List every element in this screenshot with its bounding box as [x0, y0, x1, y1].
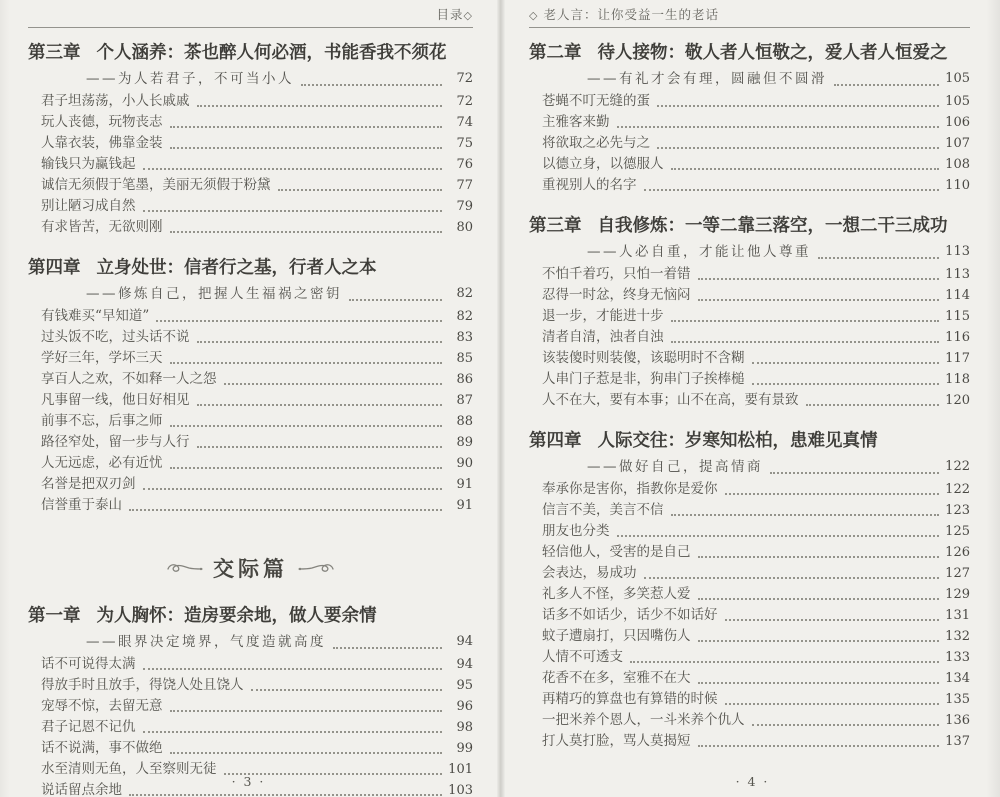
toc-entry: 凡事留一线，他日好相见87: [28, 390, 473, 411]
page-number-ref: 91: [447, 474, 473, 495]
dot-leader: [617, 535, 940, 537]
dot-leader: [333, 647, 442, 649]
toc-entry: 重视别人的名字110: [529, 175, 970, 196]
part-title: 交际篇: [213, 553, 288, 583]
toc-entry-text: 人无远虑，必有近忧: [41, 453, 163, 474]
toc-entry: 打人莫打脸，骂人莫揭短137: [529, 731, 970, 752]
part-divider: 交际篇: [28, 550, 473, 586]
page-number-ref: 136: [944, 710, 970, 731]
dot-leader: [129, 509, 442, 511]
toc-entry-text: 奉承你是害你，指教你是爱你: [542, 479, 718, 500]
dot-leader: [752, 362, 940, 364]
page-left: 目录◇ 第三章个人涵养：茶也醉人何必酒，书能香我不须花——为人若君子，不可当小人…: [0, 0, 497, 797]
toc-entry: 输钱只为赢钱起76: [28, 154, 473, 175]
chapter-heading: 第三章个人涵养：茶也醉人何必酒，书能香我不须花: [28, 40, 473, 67]
toc-entry: 过头饭不吃，过头话不说83: [28, 327, 473, 348]
dot-leader: [752, 724, 940, 726]
book-spread: 目录◇ 第三章个人涵养：茶也醉人何必酒，书能香我不须花——为人若君子，不可当小人…: [0, 0, 1000, 797]
dot-leader: [197, 404, 443, 406]
dot-leader: [698, 299, 940, 301]
page-number-ref: 120: [944, 390, 970, 411]
chapter-title-text: 自我修炼：一等二靠三落空，一想二干三成功: [598, 216, 948, 236]
toc-entry-text: 路径窄处，留一步与人行: [41, 432, 190, 453]
toc-entry-text: 一把米养个恩人，一斗米养个仇人: [542, 710, 745, 731]
toc-entry-text: 凡事留一线，他日好相见: [41, 390, 190, 411]
chapter-heading: 第三章自我修炼：一等二靠三落空，一想二干三成功: [529, 213, 970, 240]
toc-entry: 信誉重于泰山91: [28, 495, 473, 516]
dot-leader: [698, 598, 940, 600]
chapter-label: 第四章: [28, 258, 81, 278]
chapter-heading: 第四章人际交往：岁寒知松柏，患难见真情: [529, 428, 970, 455]
chapter-label: 第二章: [529, 43, 582, 63]
dot-leader: [698, 278, 940, 280]
page-number-ref: 99: [447, 738, 473, 759]
toc-entry: 信言不美，美言不信123: [529, 500, 970, 521]
dot-leader: [671, 168, 940, 170]
chapter-subtitle-row: ——有礼才会有理，圆融但不圆滑105: [529, 67, 970, 91]
dot-leader: [617, 126, 940, 128]
toc-entry-text: 有钱难买“早知道”: [41, 306, 149, 327]
page-number-ref: 126: [944, 542, 970, 563]
page-number-ref: 129: [944, 584, 970, 605]
dot-leader: [170, 362, 443, 364]
toc-entry-text: 君子记恩不记仇: [41, 717, 136, 738]
page-number-ref: 114: [944, 285, 970, 306]
toc-entry: 不怕千着巧，只怕一着错113: [529, 264, 970, 285]
page-number-ref: 137: [944, 731, 970, 752]
toc-entry-text: 有求皆苦，无欲则刚: [41, 217, 163, 238]
dot-leader: [143, 168, 443, 170]
page-number-ref: 133: [944, 647, 970, 668]
page-number-ref: 94: [447, 630, 473, 654]
dot-leader: [170, 425, 443, 427]
page-number-ref: 98: [447, 717, 473, 738]
left-page-header: 目录◇: [28, 6, 473, 24]
dot-leader: [698, 745, 940, 747]
toc-entry-text: 重视别人的名字: [542, 175, 637, 196]
toc-entry-text: 宠辱不惊，去留无意: [41, 696, 163, 717]
right-page-number: · 4 ·: [505, 774, 1000, 789]
toc-entry-text: 花香不在多，室雅不在大: [542, 668, 691, 689]
toc-entry-text: 输钱只为赢钱起: [41, 154, 136, 175]
dot-leader: [671, 341, 940, 343]
toc-entry-text: 君子坦荡荡，小人长戚戚: [41, 91, 190, 112]
dot-leader: [725, 703, 940, 705]
toc-entry-text: 诚信无须假于笔墨，美丽无须假于粉黛: [41, 175, 271, 196]
chapter-subtitle: ——为人若君子，不可当小人: [86, 67, 294, 91]
toc-entry: 再精巧的算盘也有算错的时候135: [529, 689, 970, 710]
right-header-rule: [529, 27, 970, 28]
toc-entry: 蚊子遭扇打，只因嘴伤人132: [529, 626, 970, 647]
toc-entry: 将欲取之必先与之107: [529, 133, 970, 154]
chapter-subtitle-row: ——人必自重，才能让他人尊重113: [529, 240, 970, 264]
toc-entry: 别让陋习成自然79: [28, 196, 473, 217]
toc-entry: 一把米养个恩人，一斗米养个仇人136: [529, 710, 970, 731]
page-number-ref: 72: [447, 91, 473, 112]
toc-entry-text: 得放手时且放手，得饶人处且饶人: [41, 675, 244, 696]
diamond-icon: ◇: [529, 9, 538, 22]
chapter-subtitle-row: ——做好自己，提高情商122: [529, 455, 970, 479]
toc-entry-text: 朋友也分类: [542, 521, 610, 542]
dot-leader: [644, 189, 940, 191]
toc-entry: 学好三年，学坏三天85: [28, 348, 473, 369]
chapter-title-text: 为人胸怀：造房要余地，做人要余情: [97, 606, 377, 626]
chapter-subtitle: ——人必自重，才能让他人尊重: [587, 240, 811, 264]
page-number-ref: 118: [944, 369, 970, 390]
toc-entry: 人情不可透支133: [529, 647, 970, 668]
page-number-ref: 72: [447, 67, 473, 91]
page-number-ref: 107: [944, 133, 970, 154]
page-number-ref: 135: [944, 689, 970, 710]
toc-entry: 宠辱不惊，去留无意96: [28, 696, 473, 717]
chapter-heading: 第二章待人接物：敬人者人恒敬之，爱人者人恒爱之: [529, 40, 970, 67]
toc-entry: 朋友也分类125: [529, 521, 970, 542]
toc-entry: 君子记恩不记仇98: [28, 717, 473, 738]
page-number-ref: 122: [944, 479, 970, 500]
chapter-label: 第四章: [529, 431, 582, 451]
page-number-ref: 87: [447, 390, 473, 411]
page-number-ref: 95: [447, 675, 473, 696]
page-number-ref: 80: [447, 217, 473, 238]
page-number-ref: 125: [944, 521, 970, 542]
toc-entry: 人不在大，要有本事；山不在高，要有景致120: [529, 390, 970, 411]
dot-leader: [657, 105, 939, 107]
toc-entry-text: 不怕千着巧，只怕一着错: [542, 264, 691, 285]
toc-entry: 该装傻时则装傻，该聪明时不含糊117: [529, 348, 970, 369]
toc-entry-text: 将欲取之必先与之: [542, 133, 650, 154]
dot-leader: [671, 320, 940, 322]
toc-entry: 退一步，才能进十步115: [529, 306, 970, 327]
chapter-section: 第三章自我修炼：一等二靠三落空，一想二干三成功——人必自重，才能让他人尊重113…: [529, 213, 970, 411]
chapter-heading: 第四章立身处世：信者行之基，行者人之本: [28, 255, 473, 282]
toc-entry: 清者自清，浊者自浊116: [529, 327, 970, 348]
dot-leader: [143, 731, 443, 733]
toc-entry-text: 人串门子惹是非，狗串门子挨棒槌: [542, 369, 745, 390]
toc-entry: 玩人丧德，玩物丧志74: [28, 112, 473, 133]
dot-leader: [644, 577, 940, 579]
toc-entry: 人靠衣装，佛靠金装75: [28, 133, 473, 154]
page-number-ref: 113: [944, 264, 970, 285]
page-number-ref: 76: [447, 154, 473, 175]
chapter-label: 第一章: [28, 606, 81, 626]
toc-entry-text: 学好三年，学坏三天: [41, 348, 163, 369]
dot-leader: [170, 147, 443, 149]
chapter-section: 第四章人际交往：岁寒知松柏，患难见真情——做好自己，提高情商122奉承你是害你，…: [529, 428, 970, 752]
chapter-label: 第三章: [28, 43, 81, 63]
page-number-ref: 86: [447, 369, 473, 390]
page-number-ref: 85: [447, 348, 473, 369]
dot-leader: [278, 189, 443, 191]
toc-entry-text: 别让陋习成自然: [41, 196, 136, 217]
page-number-ref: 105: [944, 91, 970, 112]
dot-leader: [806, 404, 940, 406]
page-number-ref: 82: [447, 282, 473, 306]
page-gutter: [497, 0, 505, 797]
toc-entry: 人串门子惹是非，狗串门子挨棒槌118: [529, 369, 970, 390]
chapter-subtitle: ——做好自己，提高情商: [587, 455, 763, 479]
page-number-ref: 77: [447, 175, 473, 196]
toc-entry-text: 清者自清，浊者自浊: [542, 327, 664, 348]
dot-leader: [698, 682, 940, 684]
toc-entry: 有钱难买“早知道”82: [28, 306, 473, 327]
toc-entry-text: 信誉重于泰山: [41, 495, 122, 516]
page-number-ref: 132: [944, 626, 970, 647]
toc-entry: 有求皆苦，无欲则刚80: [28, 217, 473, 238]
dot-leader: [725, 619, 940, 621]
toc-entry-text: 退一步，才能进十步: [542, 306, 664, 327]
toc-entry: 轻信他人，受害的是自己126: [529, 542, 970, 563]
dot-leader: [630, 661, 939, 663]
dot-leader: [301, 84, 442, 86]
page-number-ref: 108: [944, 154, 970, 175]
page-number-ref: 88: [447, 411, 473, 432]
page-number-ref: 134: [944, 668, 970, 689]
toc-entry: 诚信无须假于笔墨，美丽无须假于粉黛77: [28, 175, 473, 196]
right-toc: 第二章待人接物：敬人者人恒敬之，爱人者人恒爱之——有礼才会有理，圆融但不圆滑10…: [529, 40, 970, 752]
chapter-section: 第一章为人胸怀：造房要余地，做人要余情——眼界决定境界，气度造就高度94话不可说…: [28, 603, 473, 797]
toc-entry-text: 蚊子遭扇打，只因嘴伤人: [542, 626, 691, 647]
toc-entry-text: 信言不美，美言不信: [542, 500, 664, 521]
dot-leader: [671, 514, 940, 516]
toc-entry-text: 忍得一时忿，终身无恼闷: [542, 285, 691, 306]
left-page-number: · 3 ·: [0, 774, 497, 789]
dot-leader: [143, 210, 443, 212]
toc-entry: 得放手时且放手，得饶人处且饶人95: [28, 675, 473, 696]
dot-leader: [129, 794, 442, 796]
chapter-subtitle-row: ——为人若君子，不可当小人72: [28, 67, 473, 91]
toc-entry-text: 再精巧的算盘也有算错的时候: [542, 689, 718, 710]
toc-entry: 礼多人不怪，多笑惹人爱129: [529, 584, 970, 605]
toc-entry-text: 主雅客来勤: [542, 112, 610, 133]
chapter-title-text: 人际交往：岁寒知松柏，患难见真情: [598, 431, 878, 451]
toc-entry-text: 打人莫打脸，骂人莫揭短: [542, 731, 691, 752]
toc-entry-text: 前事不忘，后事之师: [41, 411, 163, 432]
toc-entry-text: 话不说满，事不做绝: [41, 738, 163, 759]
toc-entry: 人无远虑，必有近忧90: [28, 453, 473, 474]
page-number-ref: 117: [944, 348, 970, 369]
page-right: ◇ 老人言：让你受益一生的老话 第二章待人接物：敬人者人恒敬之，爱人者人恒爱之—…: [505, 0, 1000, 797]
dot-leader: [197, 105, 443, 107]
page-number-ref: 96: [447, 696, 473, 717]
page-number-ref: 131: [944, 605, 970, 626]
toc-entry: 主雅客来勤106: [529, 112, 970, 133]
chapter-title-text: 个人涵养：茶也醉人何必酒，书能香我不须花: [97, 43, 447, 63]
chapter-heading: 第一章为人胸怀：造房要余地，做人要余情: [28, 603, 473, 630]
toc-entry: 话多不如话少，话少不如话好131: [529, 605, 970, 626]
toc-entry-text: 人不在大，要有本事；山不在高，要有景致: [542, 390, 799, 411]
dot-leader: [657, 147, 939, 149]
toc-entry-text: 人情不可透支: [542, 647, 623, 668]
page-number-ref: 122: [944, 455, 970, 479]
toc-entry-text: 享百人之欢，不如释一人之怨: [41, 369, 217, 390]
chapter-title-text: 立身处世：信者行之基，行者人之本: [97, 258, 377, 278]
toc-entry: 话不说满，事不做绝99: [28, 738, 473, 759]
page-number-ref: 127: [944, 563, 970, 584]
toc-entry-text: 轻信他人，受害的是自己: [542, 542, 691, 563]
toc-entry: 名誉是把双刃剑91: [28, 474, 473, 495]
page-number-ref: 123: [944, 500, 970, 521]
toc-entry-text: 礼多人不怪，多笑惹人爱: [542, 584, 691, 605]
dot-leader: [251, 689, 443, 691]
dot-leader: [197, 341, 443, 343]
toc-entry-text: 话多不如话少，话少不如话好: [542, 605, 718, 626]
chapter-label: 第三章: [529, 216, 582, 236]
page-number-ref: 113: [944, 240, 970, 264]
dot-leader: [170, 126, 443, 128]
flourish-right-icon: [298, 561, 334, 575]
dot-leader: [170, 231, 443, 233]
dot-leader: [224, 383, 443, 385]
chapter-subtitle-row: ——修炼自己，把握人生福祸之密钥82: [28, 282, 473, 306]
chapter-section: 第三章个人涵养：茶也醉人何必酒，书能香我不须花——为人若君子，不可当小人72君子…: [28, 40, 473, 238]
toc-entry-text: 该装傻时则装傻，该聪明时不含糊: [542, 348, 745, 369]
page-number-ref: 110: [944, 175, 970, 196]
chapter-subtitle-row: ——眼界决定境界，气度造就高度94: [28, 630, 473, 654]
dot-leader: [725, 493, 940, 495]
page-number-ref: 83: [447, 327, 473, 348]
dot-leader: [698, 640, 940, 642]
toc-entry: 路径窄处，留一步与人行89: [28, 432, 473, 453]
toc-entry-text: 以德立身，以德服人: [542, 154, 664, 175]
dot-leader: [170, 710, 443, 712]
dot-leader: [197, 446, 443, 448]
toc-entry: 享百人之欢，不如释一人之怨86: [28, 369, 473, 390]
chapter-subtitle: ——眼界决定境界，气度造就高度: [86, 630, 326, 654]
dot-leader: [834, 84, 939, 86]
toc-entry: 苍蝇不叮无缝的蛋105: [529, 91, 970, 112]
page-number-ref: 79: [447, 196, 473, 217]
dot-leader: [698, 556, 940, 558]
left-header-rule: [28, 27, 473, 28]
page-number-ref: 89: [447, 432, 473, 453]
page-number-ref: 90: [447, 453, 473, 474]
page-number-ref: 106: [944, 112, 970, 133]
toc-entry-text: 名誉是把双刃剑: [41, 474, 136, 495]
dot-leader: [170, 467, 443, 469]
toc-entry-text: 过头饭不吃，过头话不说: [41, 327, 190, 348]
left-toc: 第三章个人涵养：茶也醉人何必酒，书能香我不须花——为人若君子，不可当小人72君子…: [28, 40, 473, 797]
toc-entry-text: 人靠衣装，佛靠金装: [41, 133, 163, 154]
flourish-left-icon: [167, 561, 203, 575]
dot-leader: [752, 383, 940, 385]
toc-entry: 前事不忘，后事之师88: [28, 411, 473, 432]
page-number-ref: 82: [447, 306, 473, 327]
left-header-title: 目录: [437, 7, 464, 22]
dot-leader: [349, 299, 442, 301]
chapter-section: 第二章待人接物：敬人者人恒敬之，爱人者人恒爱之——有礼才会有理，圆融但不圆滑10…: [529, 40, 970, 196]
chapter-section: 第四章立身处世：信者行之基，行者人之本——修炼自己，把握人生福祸之密钥82有钱难…: [28, 255, 473, 516]
page-number-ref: 75: [447, 133, 473, 154]
dot-leader: [770, 472, 939, 474]
page-number-ref: 91: [447, 495, 473, 516]
toc-entry: 奉承你是害你，指教你是爱你122: [529, 479, 970, 500]
toc-entry-text: 玩人丧德，玩物丧志: [41, 112, 163, 133]
toc-entry: 忍得一时忿，终身无恼闷114: [529, 285, 970, 306]
chapter-subtitle: ——修炼自己，把握人生福祸之密钥: [86, 282, 342, 306]
right-page-header: ◇ 老人言：让你受益一生的老话: [529, 6, 970, 24]
dot-leader: [156, 320, 442, 322]
toc-entry: 以德立身，以德服人108: [529, 154, 970, 175]
page-number-ref: 115: [944, 306, 970, 327]
page-number-ref: 94: [447, 654, 473, 675]
page-number-ref: 116: [944, 327, 970, 348]
toc-entry-text: 苍蝇不叮无缝的蛋: [542, 91, 650, 112]
toc-entry: 会表达，易成功127: [529, 563, 970, 584]
toc-entry-text: 会表达，易成功: [542, 563, 637, 584]
chapter-subtitle: ——有礼才会有理，圆融但不圆滑: [587, 67, 827, 91]
page-number-ref: 74: [447, 112, 473, 133]
chapter-title-text: 待人接物：敬人者人恒敬之，爱人者人恒爱之: [598, 43, 948, 63]
dot-leader: [143, 488, 443, 490]
right-header-title: 老人言：让你受益一生的老话: [543, 7, 719, 22]
diamond-icon: ◇: [464, 9, 473, 22]
toc-entry: 君子坦荡荡，小人长戚戚72: [28, 91, 473, 112]
dot-leader: [143, 668, 443, 670]
page-number-ref: 105: [944, 67, 970, 91]
dot-leader: [818, 257, 939, 259]
dot-leader: [170, 752, 443, 754]
toc-entry-text: 话不可说得太满: [41, 654, 136, 675]
toc-entry: 花香不在多，室雅不在大134: [529, 668, 970, 689]
toc-entry: 话不可说得太满94: [28, 654, 473, 675]
